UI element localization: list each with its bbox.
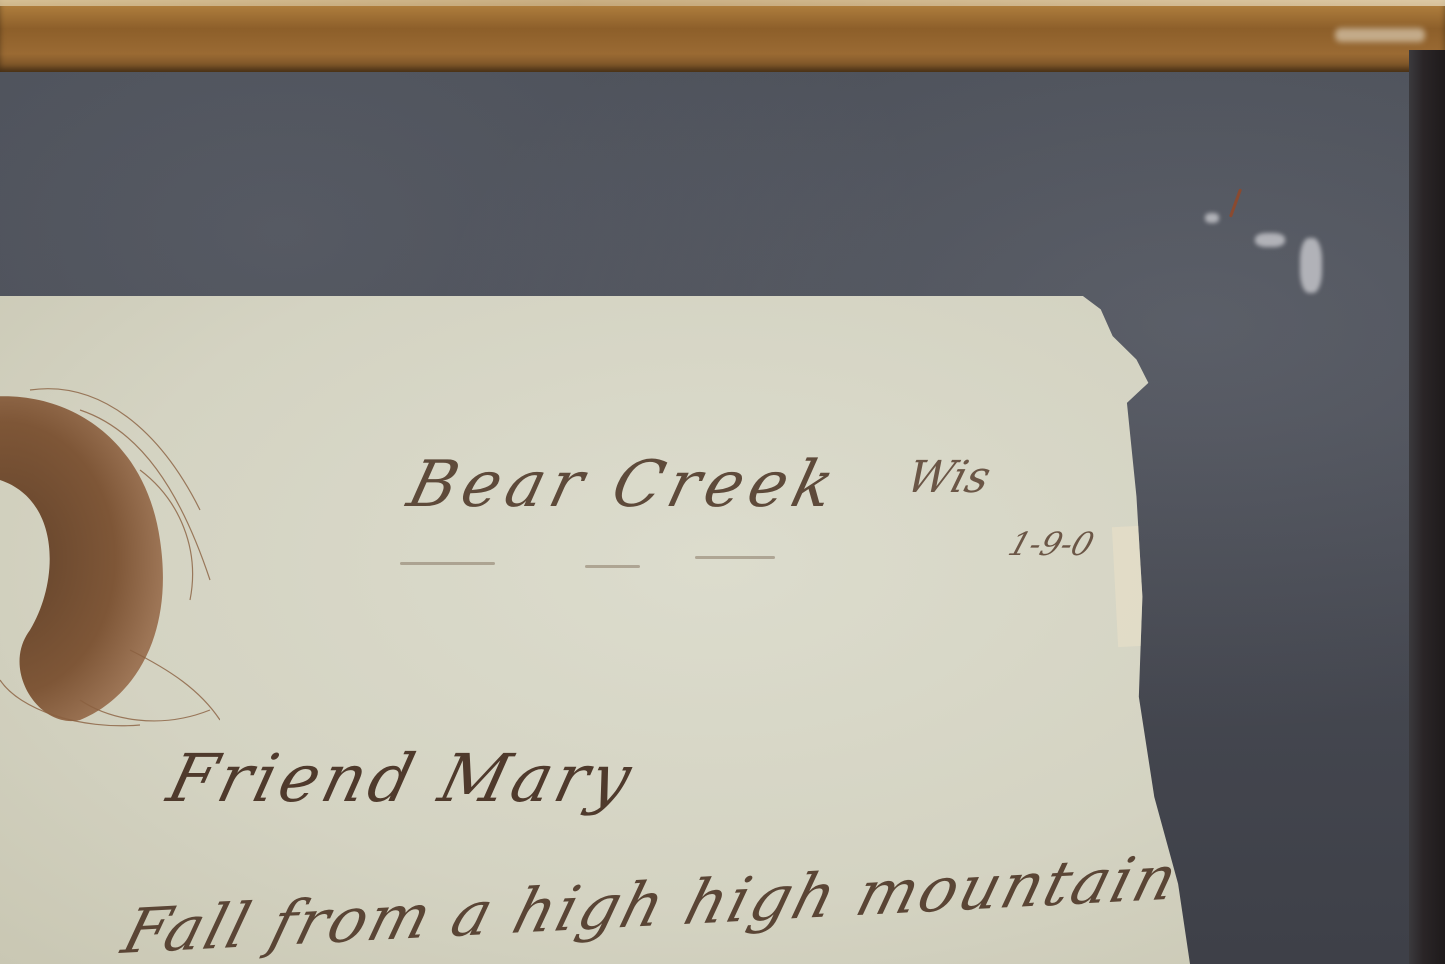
frame-top-rail (0, 0, 1445, 72)
letter-salutation: Friend Mary (160, 740, 642, 817)
letter-state: Wis (901, 452, 997, 503)
frame-wear-highlight (1335, 28, 1425, 42)
letter-date: 1-9-0 (1004, 525, 1099, 563)
hair-lock-icon (0, 370, 220, 730)
place-flourish (585, 565, 640, 568)
place-flourish (400, 562, 495, 565)
mat-scuff (1300, 238, 1322, 293)
mat-scuff (1205, 213, 1219, 223)
place-flourish (695, 556, 775, 559)
letter-place: Bear Creek (401, 448, 848, 522)
mat-scuff (1255, 233, 1285, 247)
frame-right-rail (1409, 50, 1445, 964)
mat-fiber (1229, 188, 1242, 217)
